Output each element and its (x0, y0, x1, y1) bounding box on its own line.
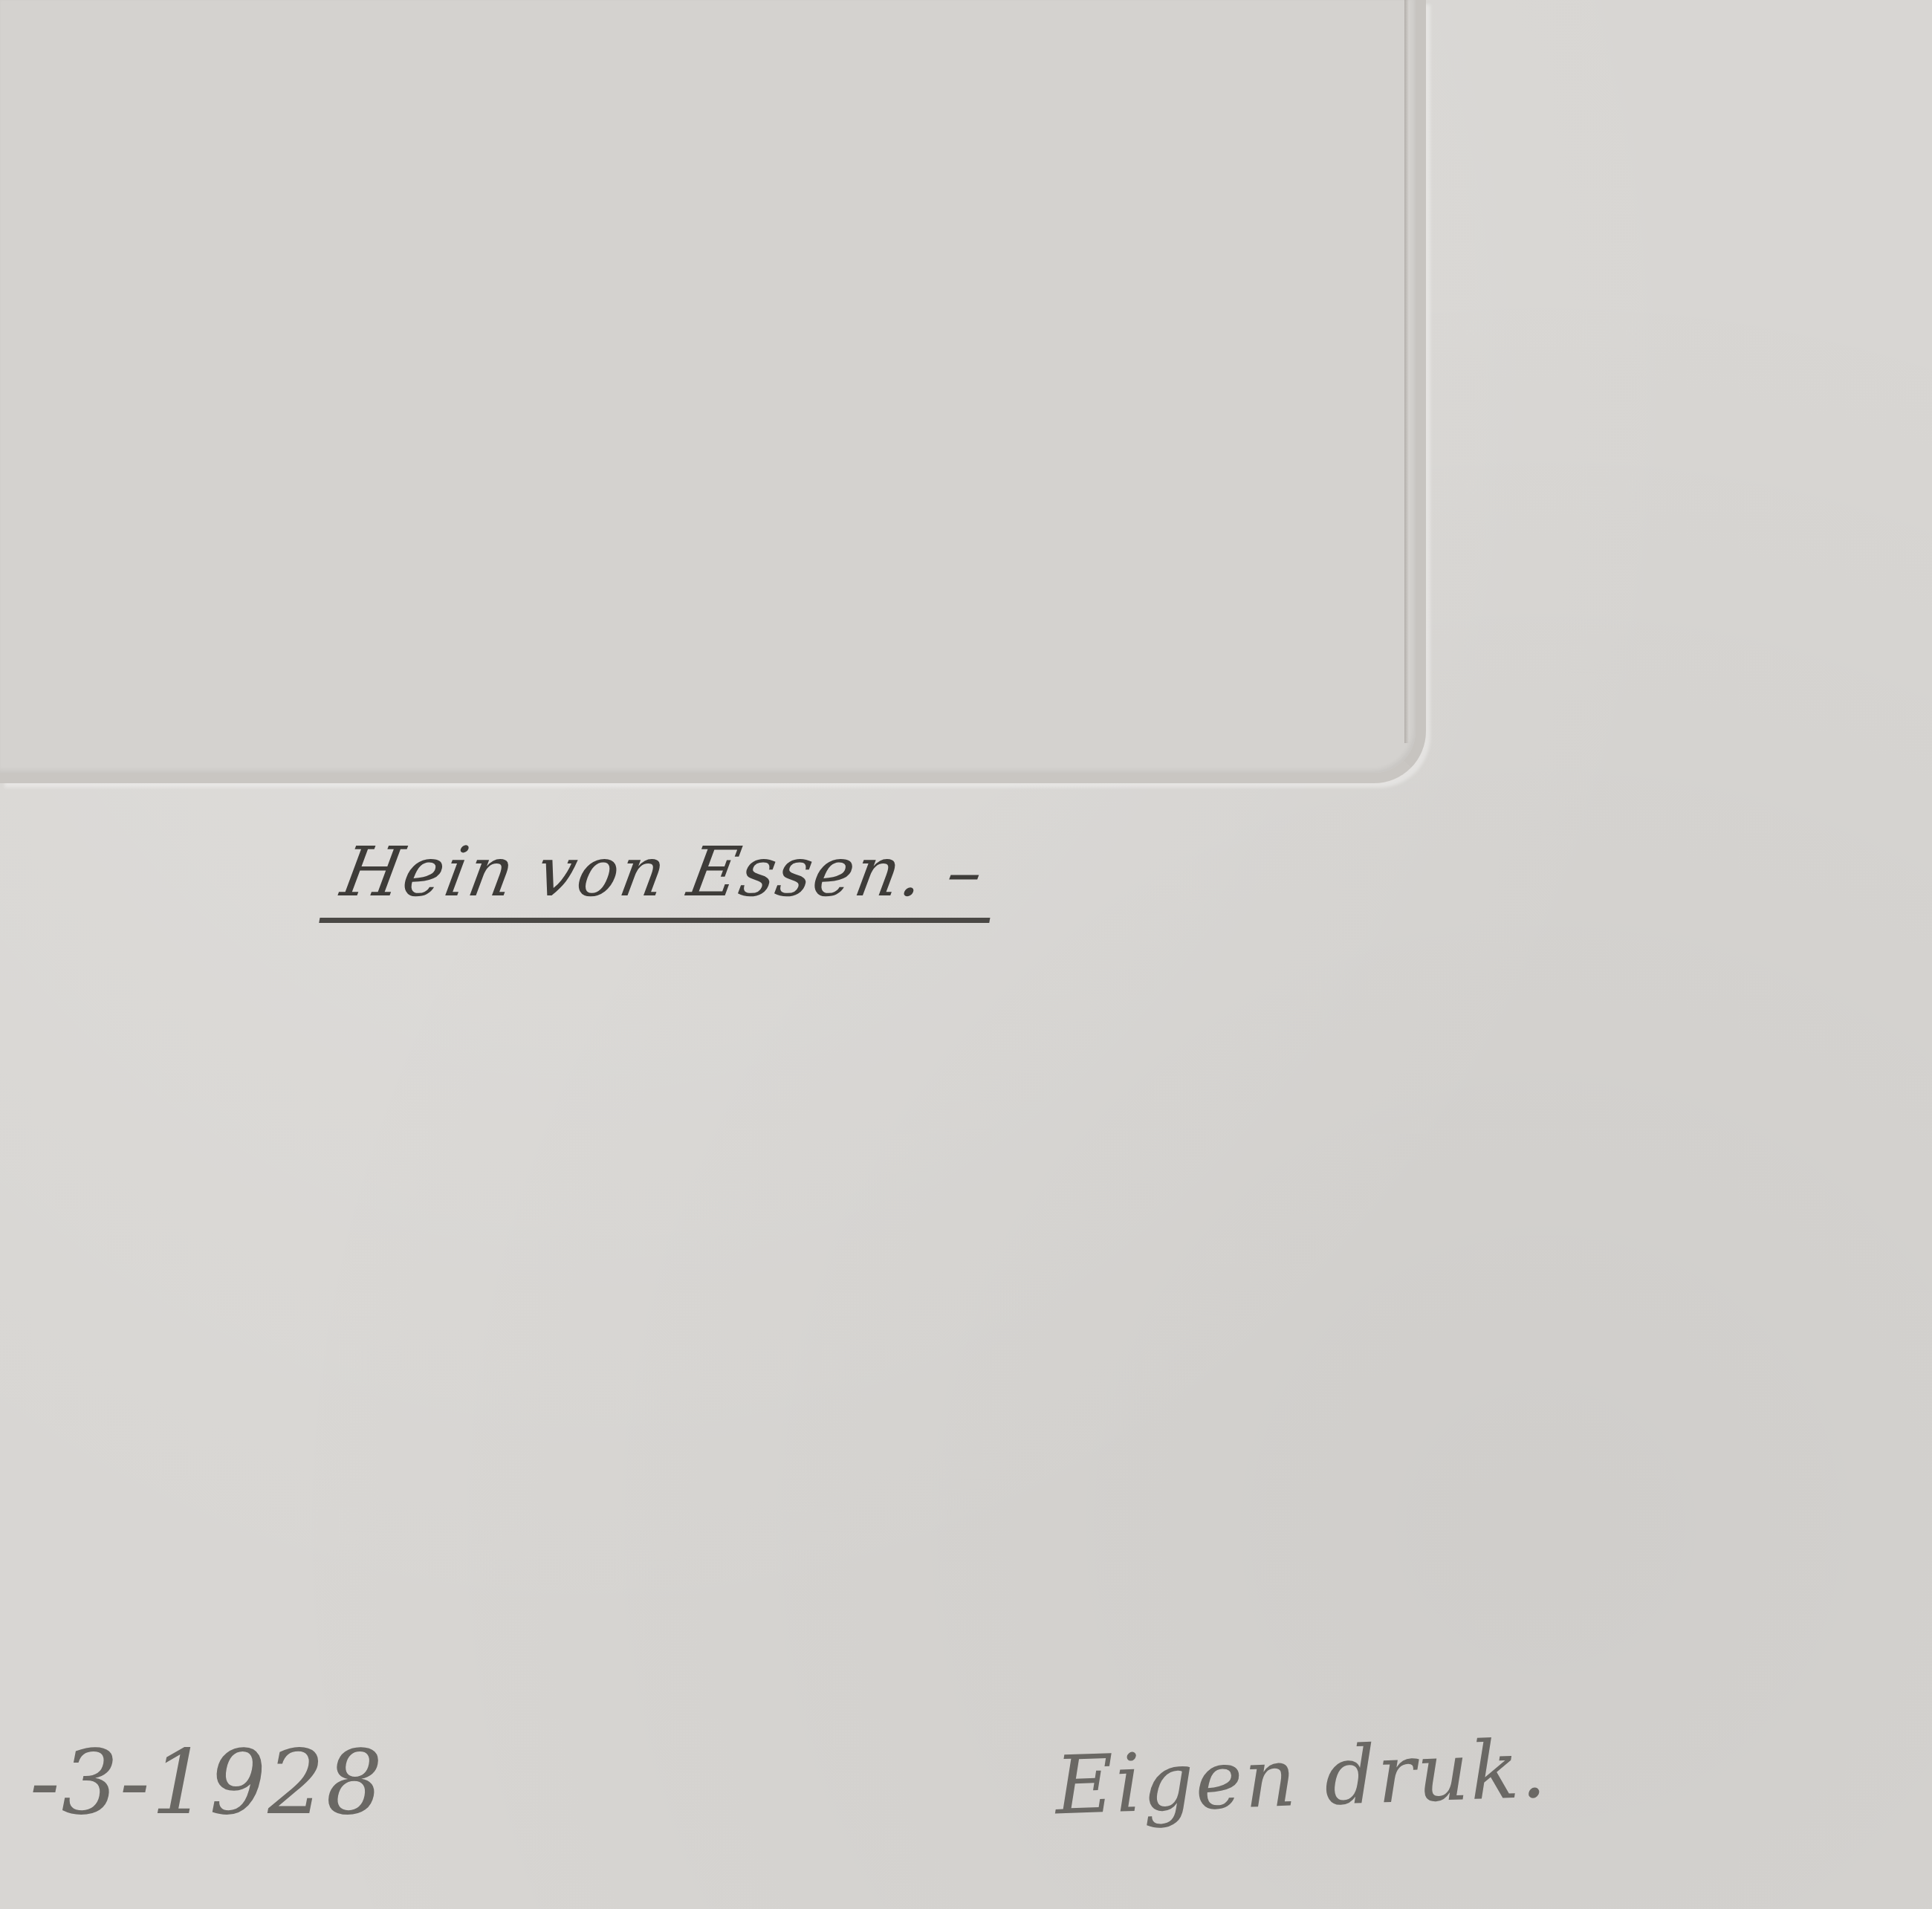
date-inscription: -3-1928 (30, 1731, 384, 1835)
artist-signature: Hein von Essen. – (319, 832, 1005, 923)
embossed-plate-mark (0, 0, 1426, 783)
plate-edge-shadow (1404, 0, 1409, 743)
edition-note: Eigen druk. (1054, 1722, 1549, 1832)
paper-background: Hein von Essen. – -3-1928 Eigen druk. (0, 0, 1932, 1909)
